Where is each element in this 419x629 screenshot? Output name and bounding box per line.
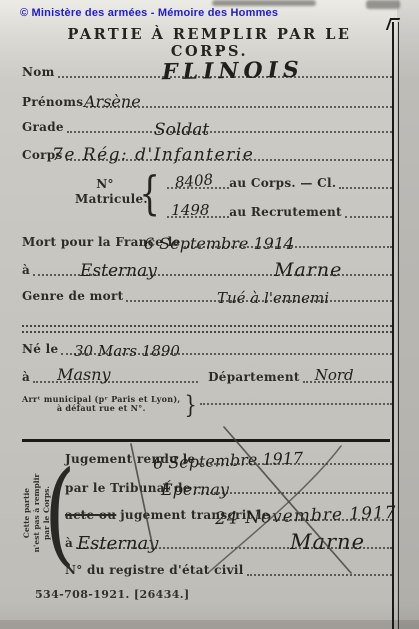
field-prenoms: Prénoms Arsène — [22, 86, 392, 110]
matricule-label-no: N° — [75, 177, 135, 192]
field-nom-label: Nom — [22, 66, 55, 80]
matricule-recrutement-label: au Recrutement — [229, 206, 342, 220]
field-corps-value: 7e Rég: d'Infanterie — [52, 147, 254, 164]
dotted-leader: 8408 — [167, 187, 229, 189]
matricule-rows: 8408 au Corps. — Cl. 1910 1498 au Recrut… — [164, 166, 392, 220]
field-ne-le-label: Né le — [22, 343, 58, 357]
matricule-brace: { — [139, 166, 159, 220]
dotted-leader: 1498 — [167, 216, 229, 218]
document-scan: © Ministère des armées - Mémoire des Hom… — [0, 0, 419, 629]
dotted-leader — [247, 574, 392, 576]
field-transcrit-a-label: à — [65, 537, 73, 551]
page-margin — [397, 0, 419, 629]
field-genre-mort: Genre de mort Tué à l'ennemi — [22, 280, 392, 304]
scan-smudge — [366, 0, 400, 9]
ink-speck — [216, 49, 221, 52]
field-grade: Grade Soldat — [22, 111, 392, 135]
dotted-leader — [67, 131, 392, 133]
arrondissement-label-line2: à défaut rue et N°. — [22, 404, 181, 413]
section-separator — [22, 325, 392, 333]
field-mort-a-label: à — [22, 264, 30, 278]
field-transcrit-struck-label: acte ou — [65, 509, 116, 523]
field-departement-label: Département — [208, 371, 300, 385]
dotted-leader: Nord — [303, 381, 392, 383]
field-mort-a-value: Esternay — [80, 263, 157, 280]
field-registre: N° du registre d'état civil — [65, 554, 392, 578]
field-prenoms-value: Arsène — [84, 94, 141, 110]
field-mort-le-value: 6 Septembre 1914 — [144, 236, 294, 252]
sidebar-note-line1: Cette partie — [22, 454, 32, 572]
field-jugement-rendu: Jugement rendu le 6 Septembre 1917 — [65, 443, 392, 467]
arrondissement-brace: } — [184, 394, 196, 416]
field-jugement-rendu-value: 6 Septembre 1917 — [153, 450, 304, 471]
field-departement-value: Nord — [315, 368, 354, 383]
sidebar-note-line2: n'est pas à remplir — [32, 454, 42, 572]
matricule-corps-label: au Corps. — Cl. — [229, 177, 336, 191]
watermark: © Ministère des armées - Mémoire des Hom… — [20, 7, 278, 19]
field-tribunal-value: Épernay — [161, 482, 229, 498]
field-genre-mort-label: Genre de mort — [22, 290, 123, 304]
field-ne-le: Né le 30 Mars 1890 — [22, 333, 392, 357]
field-mort-le: Mort pour la France le 6 Septembre 1914 — [22, 226, 392, 250]
field-transcrit: acte ou jugement transcrit le 24 Novembr… — [65, 499, 392, 523]
section-rule — [22, 439, 390, 442]
matricule-label-name: Matricule. — [75, 192, 135, 207]
field-genre-mort-value: Tué à l'ennemi — [217, 291, 329, 306]
dotted-leader: 1910 — [339, 187, 392, 189]
field-grade-label: Grade — [22, 121, 64, 135]
field-mort-a-region: Marne — [274, 261, 342, 280]
field-nom: Nom FLINOIS — [22, 56, 392, 80]
field-ne-a-label: à — [22, 371, 30, 385]
field-nom-value: FLINOIS — [162, 59, 304, 83]
page-bottom-shadow — [0, 620, 419, 629]
matricule-row-corps: 8408 au Corps. — Cl. 1910 — [164, 166, 392, 191]
field-prenoms-label: Prénoms — [22, 96, 83, 110]
field-ne-a-value: Masny — [57, 367, 110, 383]
field-tribunal: par le Tribunal de Épernay — [65, 472, 392, 496]
field-transcrit-value: 24 Novembre 1917 — [215, 505, 397, 528]
dotted-leader: Cambrai — [345, 216, 392, 218]
field-registre-label: N° du registre d'état civil — [65, 564, 244, 578]
footer-code: 534-708-1921. [26434.] — [35, 588, 190, 601]
field-mort-a: à Esternay Marne — [22, 254, 392, 278]
field-arrondissement: Arrᵗ municipal (pʳ Paris et Lyon), à déf… — [22, 394, 392, 416]
field-transcrit-a-region: Marne — [290, 532, 365, 553]
field-corps: Corps 7e Rég: d'Infanterie — [22, 139, 392, 163]
form-title: PARTIE À REMPLIR PAR LE CORPS. — [30, 26, 389, 60]
matricule-corps-number: 8408 — [175, 172, 214, 190]
field-grade-value: Soldat — [154, 122, 209, 139]
scan-smudge — [212, 0, 316, 6]
dotted-leader: Masny — [33, 381, 198, 383]
field-arrondissement-labels: Arrᵗ municipal (pʳ Paris et Lyon), à déf… — [22, 395, 181, 415]
dotted-leader — [200, 403, 392, 405]
field-matricule-labels: N° Matricule. — [75, 177, 135, 209]
matricule-row-recrutement: 1498 au Recrutement Cambrai — [164, 195, 392, 220]
field-matricule: N° Matricule. { 8408 au Corps. — Cl. 191… — [75, 166, 392, 220]
matricule-recrutement-number: 1498 — [171, 203, 209, 218]
field-transcrit-a: à Esternay Marne — [65, 527, 392, 551]
field-ne-a: à Masny Département Nord — [22, 361, 392, 385]
field-transcrit-a-value: Esternay — [77, 535, 158, 553]
field-ne-le-value: 30 Mars 1890 — [74, 344, 180, 359]
